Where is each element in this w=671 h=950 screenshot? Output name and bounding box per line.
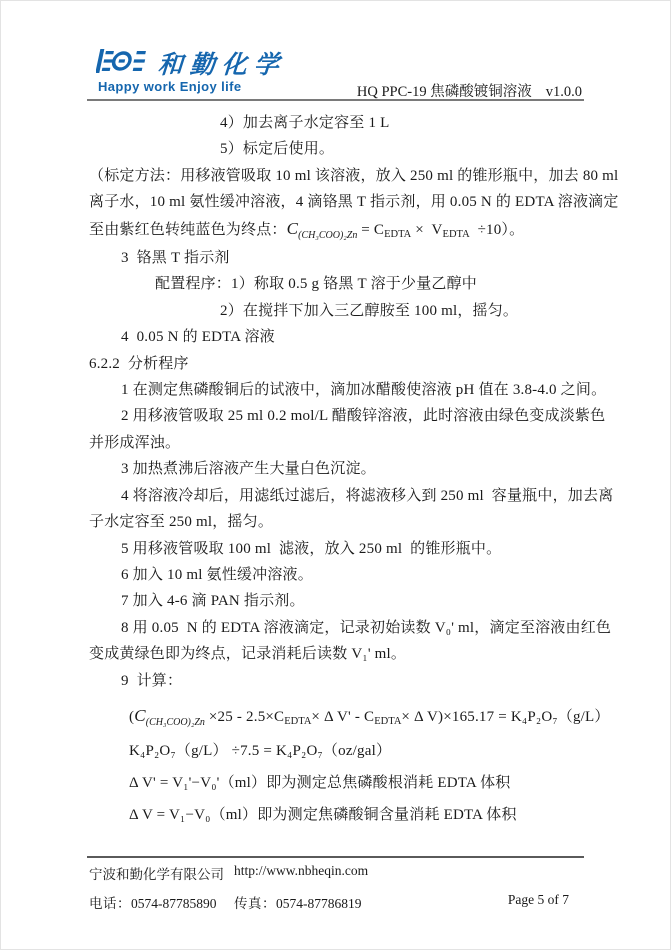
document-reference: HQ PPC-19 焦磷酸镀铜溶液v1.0.0 xyxy=(357,80,582,101)
text-line: 3 加热煮沸后溶液产生大量白色沉淀。 xyxy=(89,456,590,482)
text-segment: 4 将溶液冷却后，用滤纸过滤后，将滤液移入到 250 ml 容量瓶中，加去离 xyxy=(121,488,613,504)
text-segment: Δ V = V₁−V₀（ml）即为测定焦磷酸铜含量消耗 EDTA 体积 xyxy=(129,807,517,823)
document-version: v1.0.0 xyxy=(546,84,582,100)
text-segment: 4 0.05 N 的 EDTA 溶液 xyxy=(121,329,275,345)
document-page: 和勤化学 Happy work Enjoy life HQ PPC-19 焦磷酸… xyxy=(0,0,671,950)
document-body: 4）加去离子水定容至 1 L5）标定后使用。（标定方法：用移液管吸取 10 ml… xyxy=(89,110,590,831)
logo-mark-icon xyxy=(96,46,148,81)
text-line: 8 用 0.05 N 的 EDTA 溶液滴定，记录初始读数 V₀' ml，滴定至… xyxy=(89,615,590,641)
text-line: 离子水，10 ml 氨性缓冲溶液，4 滴铬黑 T 指示剂，用 0.05 N 的 … xyxy=(89,189,590,215)
fax-label: 传真： xyxy=(234,896,276,911)
text-segment: (CH₃COO)₂Zn xyxy=(146,717,205,728)
formula-line: Δ V' = V₁'−V₀'（ml）即为测定总焦磷酸根消耗 EDTA 体积 xyxy=(89,767,590,799)
text-segment: C xyxy=(134,706,146,725)
phone-number: 电话：0574-87785890 xyxy=(89,896,217,911)
text-line: （标定方法：用移液管吸取 10 ml 该溶液，放入 250 ml 的锥形瓶中，加… xyxy=(89,163,590,189)
text-segment: (CH₃COO)₂Zn xyxy=(298,230,357,241)
text-line: 6 加入 10 ml 氨性缓冲溶液。 xyxy=(89,562,590,588)
text-segment: 1 在测定焦磷酸铜后的试液中，滴加冰醋酸使溶液 pH 值在 3.8-4.0 之间… xyxy=(121,382,606,398)
text-segment: EDTA xyxy=(374,716,401,727)
phone-value: 0574-87785890 xyxy=(131,896,217,911)
text-segment: ÷10）。 xyxy=(470,222,525,238)
text-segment: 至由紫红色转纯蓝色为终点： xyxy=(89,222,287,238)
footer-row-2: 电话：0574-87785890 传真：0574-87786819 Page 5… xyxy=(89,892,582,912)
text-segment: Δ V' = V₁'−V₀'（ml）即为测定总焦磷酸根消耗 EDTA 体积 xyxy=(129,775,510,791)
text-line: 2）在搅拌下加入三乙醇胺至 100 ml，摇匀。 xyxy=(89,298,590,324)
text-segment: 5 用移液管吸取 100 ml 滤液，放入 250 ml 的锥形瓶中。 xyxy=(121,541,501,557)
text-segment: × Δ V' - C xyxy=(311,709,374,725)
fax-number: 传真：0574-87786819 xyxy=(234,892,362,912)
footer-row-1: 宁波和勤化学有限公司 http://www.nbheqin.com xyxy=(89,863,582,883)
text-segment: 9 计算： xyxy=(121,673,182,689)
company-name: 宁波和勤化学有限公司 xyxy=(89,867,224,882)
text-line: 并形成浑浊。 xyxy=(89,430,590,456)
text-segment: × Δ V)×165.17 = K₄P₂O₇（g/L） xyxy=(401,709,609,725)
text-line: 子水定容至 250 ml，摇匀。 xyxy=(89,509,590,535)
text-segment: = C xyxy=(357,222,384,238)
text-line: 2 用移液管吸取 25 ml 0.2 mol/L 醋酸锌溶液，此时溶液由绿色变成… xyxy=(89,403,590,429)
header-divider xyxy=(87,99,584,101)
document-code: HQ PPC-19 焦磷酸镀铜溶液 xyxy=(357,84,532,100)
formula-line: (C(CH₃COO)₂Zn ×25 - 2.5×CEDTA× Δ V' - CE… xyxy=(89,700,590,735)
text-line: 配置程序：1）称取 0.5 g 铬黑 T 溶于少量乙醇中 xyxy=(89,271,590,297)
text-segment: 6.2.2 分析程序 xyxy=(89,356,189,372)
text-segment: 子水定容至 250 ml，摇匀。 xyxy=(89,514,273,530)
text-segment: 2）在搅拌下加入三乙醇胺至 100 ml，摇匀。 xyxy=(220,303,518,319)
text-line: 4）加去离子水定容至 1 L xyxy=(89,110,590,136)
text-segment: 3 铬黑 T 指示剂 xyxy=(121,250,230,266)
text-line: 4 将溶液冷却后，用滤纸过滤后，将滤液移入到 250 ml 容量瓶中，加去离 xyxy=(89,483,590,509)
phone-label: 电话： xyxy=(89,896,131,911)
text-line: 3 铬黑 T 指示剂 xyxy=(89,245,590,271)
text-line: 变成黄绿色即为终点，记录消耗后读数 V₁' ml。 xyxy=(89,641,590,667)
text-segment: EDTA xyxy=(384,229,411,240)
company-logo: 和勤化学 xyxy=(96,45,286,81)
company-website: http://www.nbheqin.com xyxy=(234,863,368,879)
text-segment: 5）标定后使用。 xyxy=(220,141,334,157)
text-line: 5 用移液管吸取 100 ml 滤液，放入 250 ml 的锥形瓶中。 xyxy=(89,536,590,562)
text-segment: 配置程序：1）称取 0.5 g 铬黑 T 溶于少量乙醇中 xyxy=(155,276,477,292)
text-segment: 离子水，10 ml 氨性缓冲溶液，4 滴铬黑 T 指示剂，用 0.05 N 的 … xyxy=(89,194,619,210)
text-segment: C xyxy=(287,219,299,238)
text-segment: K₄P₂O₇（g/L） ÷7.5 = K₄P₂O₇（oz/gal） xyxy=(129,743,391,759)
text-segment: 3 加热煮沸后溶液产生大量白色沉淀。 xyxy=(121,461,376,477)
formula-line: Δ V = V₁−V₀（ml）即为测定焦磷酸铜含量消耗 EDTA 体积 xyxy=(89,799,590,831)
text-segment: 2 用移液管吸取 25 ml 0.2 mol/L 醋酸锌溶液，此时溶液由绿色变成… xyxy=(121,408,605,424)
brand-name: 和勤化学 xyxy=(157,45,288,81)
text-line: 6.2.2 分析程序 xyxy=(89,351,590,377)
text-segment: ×25 - 2.5×C xyxy=(205,709,284,725)
text-segment: 并形成浑浊。 xyxy=(89,435,180,451)
text-segment: 8 用 0.05 N 的 EDTA 溶液滴定，记录初始读数 V₀' ml，滴定至… xyxy=(121,620,611,636)
text-line: 7 加入 4-6 滴 PAN 指示剂。 xyxy=(89,588,590,614)
text-line: 5）标定后使用。 xyxy=(89,136,590,162)
text-line: 1 在测定焦磷酸铜后的试液中，滴加冰醋酸使溶液 pH 值在 3.8-4.0 之间… xyxy=(89,377,590,403)
text-segment: EDTA xyxy=(443,229,470,240)
footer-divider xyxy=(87,856,584,858)
text-segment: 4）加去离子水定容至 1 L xyxy=(220,115,389,131)
text-line: 4 0.05 N 的 EDTA 溶液 xyxy=(89,324,590,350)
brand-tagline: Happy work Enjoy life xyxy=(98,79,241,94)
text-segment: 7 加入 4-6 滴 PAN 指示剂。 xyxy=(121,593,305,609)
text-segment: 6 加入 10 ml 氨性缓冲溶液。 xyxy=(121,567,313,583)
text-segment: （标定方法：用移液管吸取 10 ml 该溶液，放入 250 ml 的锥形瓶中，加… xyxy=(89,168,618,184)
text-line: 至由紫红色转纯蓝色为终点：C(CH₃COO)₂Zn = CEDTA × VEDT… xyxy=(89,216,590,245)
text-segment: EDTA xyxy=(284,716,311,727)
text-segment: × V xyxy=(411,222,442,238)
formula-line: K₄P₂O₇（g/L） ÷7.5 = K₄P₂O₇（oz/gal） xyxy=(89,735,590,767)
text-segment: 变成黄绿色即为终点，记录消耗后读数 V₁' ml。 xyxy=(89,646,406,662)
fax-value: 0574-87786819 xyxy=(276,896,362,911)
page-number: Page 5 of 7 xyxy=(508,892,569,908)
text-line: 9 计算： xyxy=(89,668,590,694)
